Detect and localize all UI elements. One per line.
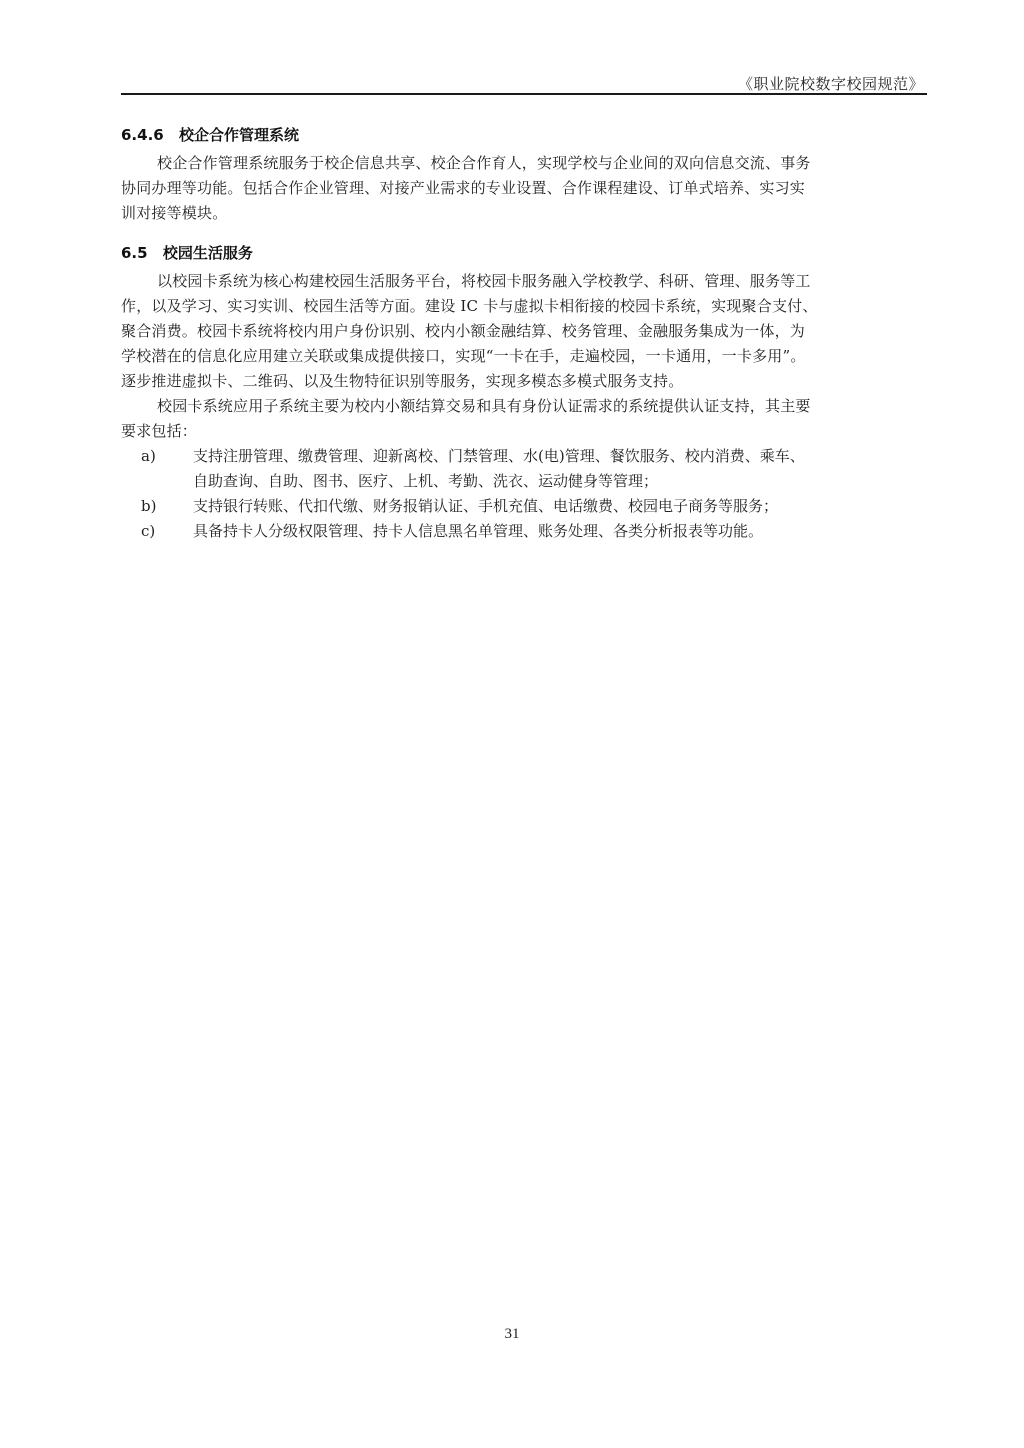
document-body: 6.4.6 校企合作管理系统 校企合作管理系统服务于校企信息共享、校企合作育人，… bbox=[121, 120, 927, 544]
paragraph-line: 学校潜在的信息化应用建立关联或集成提供接口，实现“一卡在手，走遍校园，一卡通用，… bbox=[121, 344, 927, 369]
section-number: 6.5 bbox=[121, 244, 148, 262]
paragraph: 校企合作管理系统服务于校企信息共享、校企合作育人，实现学校与企业间的双向信息交流… bbox=[121, 151, 927, 226]
paragraph-line: 校园卡系统应用子系统主要为校内小额结算交易和具有身份认证需求的系统提供认证支持，… bbox=[121, 394, 927, 419]
list-item: b) 支持银行转账、代扣代缴、财务报销认证、手机充值、电话缴费、校园电子商务等服… bbox=[121, 494, 927, 519]
section-heading-6-5: 6.5 校园生活服务 bbox=[121, 238, 927, 269]
list-marker: b) bbox=[121, 494, 193, 519]
document-header-title: 《职业院校数字校园规范》 bbox=[738, 73, 924, 94]
page-number: 31 bbox=[0, 1326, 1024, 1343]
list-item-line: 支持注册管理、缴费管理、迎新离校、门禁管理、水(电)管理、餐饮服务、校内消费、乘… bbox=[193, 444, 805, 469]
list-item-text: 具备持卡人分级权限管理、持卡人信息黑名单管理、账务处理、各类分析报表等功能。 bbox=[193, 519, 763, 544]
paragraph-line: 作，以及学习、实习实训、校园生活等方面。建设 IC 卡与虚拟卡相衔接的校园卡系统… bbox=[121, 294, 927, 319]
list-marker: c) bbox=[121, 519, 193, 544]
section-heading-6-4-6: 6.4.6 校企合作管理系统 bbox=[121, 120, 927, 151]
section-number: 6.4.6 bbox=[121, 126, 164, 144]
paragraph-line: 聚合消费。校园卡系统将校内用户身份识别、校内小额金融结算、校务管理、金融服务集成… bbox=[121, 319, 927, 344]
paragraph-line: 以校园卡系统为核心构建校园生活服务平台，将校园卡服务融入学校教学、科研、管理、服… bbox=[121, 269, 927, 294]
paragraph-line: 要求包括： bbox=[121, 419, 927, 444]
list-marker: a) bbox=[121, 444, 193, 494]
list-item-line: 具备持卡人分级权限管理、持卡人信息黑名单管理、账务处理、各类分析报表等功能。 bbox=[193, 519, 763, 544]
paragraph-line: 协同办理等功能。包括合作企业管理、对接产业需求的专业设置、合作课程建设、订单式培… bbox=[121, 176, 927, 201]
list-item: a) 支持注册管理、缴费管理、迎新离校、门禁管理、水(电)管理、餐饮服务、校内消… bbox=[121, 444, 927, 494]
list-item-text: 支持银行转账、代扣代缴、财务报销认证、手机充值、电话缴费、校园电子商务等服务； bbox=[193, 494, 778, 519]
list-item-line: 自助查询、自助、图书、医疗、上机、考勤、洗衣、运动健身等管理； bbox=[193, 469, 805, 494]
section-title: 校企合作管理系统 bbox=[179, 126, 299, 144]
paragraph-line: 训对接等模块。 bbox=[121, 201, 927, 226]
requirements-list: a) 支持注册管理、缴费管理、迎新离校、门禁管理、水(电)管理、餐饮服务、校内消… bbox=[121, 444, 927, 544]
header-divider bbox=[121, 93, 927, 95]
paragraph: 校园卡系统应用子系统主要为校内小额结算交易和具有身份认证需求的系统提供认证支持，… bbox=[121, 394, 927, 444]
paragraph: 以校园卡系统为核心构建校园生活服务平台，将校园卡服务融入学校教学、科研、管理、服… bbox=[121, 269, 927, 394]
list-item-line: 支持银行转账、代扣代缴、财务报销认证、手机充值、电话缴费、校园电子商务等服务； bbox=[193, 494, 778, 519]
section-title: 校园生活服务 bbox=[163, 244, 253, 262]
paragraph-line: 校企合作管理系统服务于校企信息共享、校企合作育人，实现学校与企业间的双向信息交流… bbox=[121, 151, 927, 176]
list-item-text: 支持注册管理、缴费管理、迎新离校、门禁管理、水(电)管理、餐饮服务、校内消费、乘… bbox=[193, 444, 805, 494]
list-item: c) 具备持卡人分级权限管理、持卡人信息黑名单管理、账务处理、各类分析报表等功能… bbox=[121, 519, 927, 544]
paragraph-line: 逐步推进虚拟卡、二维码、以及生物特征识别等服务，实现多模态多模式服务支持。 bbox=[121, 369, 927, 394]
